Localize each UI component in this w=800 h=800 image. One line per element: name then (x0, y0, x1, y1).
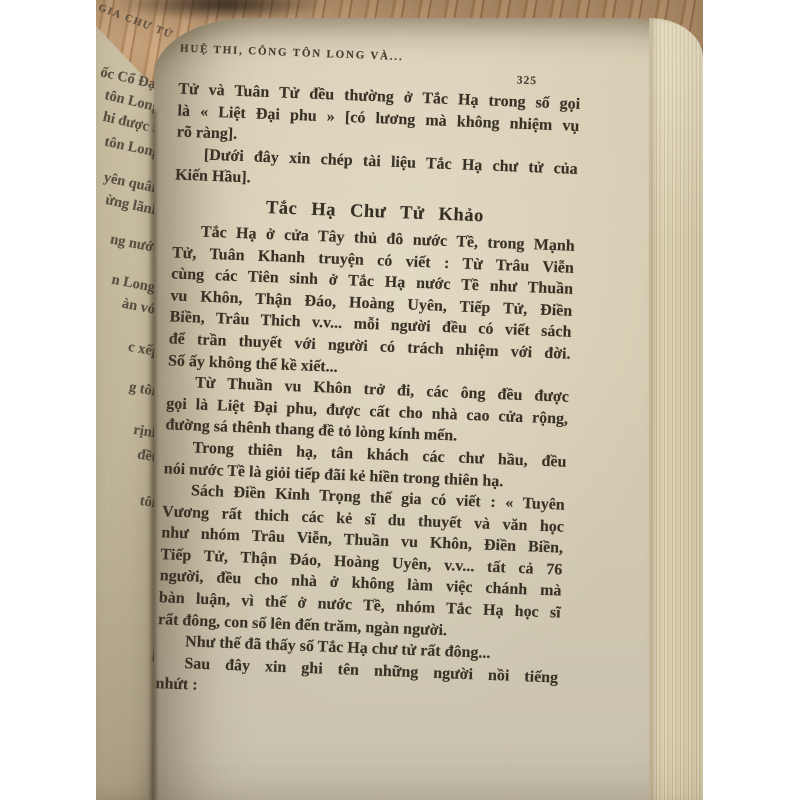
page-text-block: HUỆ THI, CÔNG TÔN LONG VÀ... 325 Tử và T… (155, 41, 582, 711)
left-page-fragment: GIA CHƯ TỬ (97, 2, 174, 40)
body-text: Tử và Tuân Tử đều thường ở Tắc Hạ trong … (155, 79, 580, 711)
screenshot-root: { "colors":{ "background_white":"#ffffff… (0, 0, 800, 800)
gutter-shadow (148, 110, 158, 800)
page-fore-edge (649, 18, 703, 800)
book-photo: GIA CHƯ TỬốc Cổ Đạitôn Longhi được »tôn … (96, 0, 703, 800)
